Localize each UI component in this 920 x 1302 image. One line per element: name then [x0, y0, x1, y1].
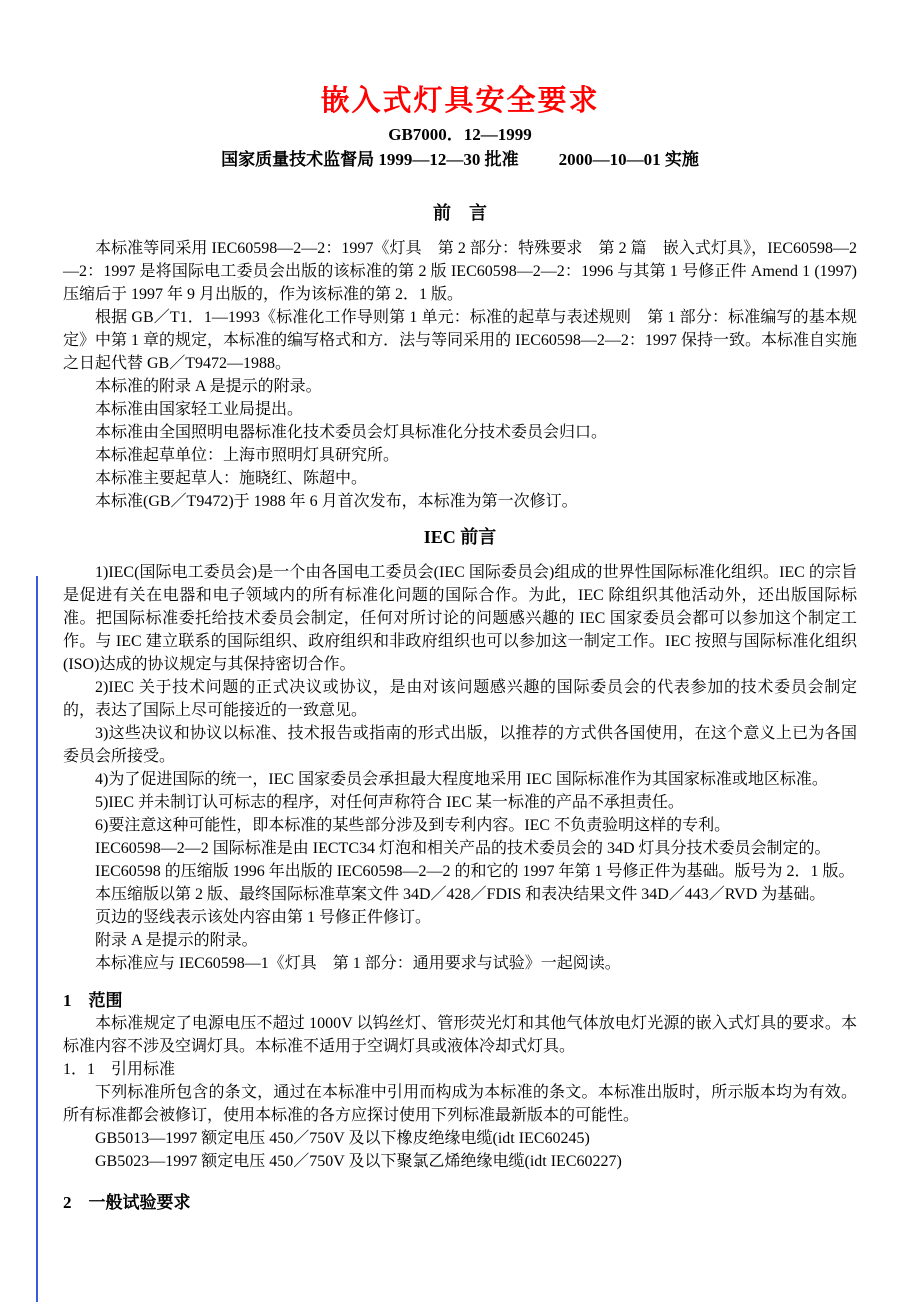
scope-paragraph: 本标准规定了电源电压不超过 1000V 以钨丝灯、管形荧光灯和其他气体放电灯光源… — [63, 1012, 857, 1058]
iec-foreword-paragraph: 6)要注意这种可能性，即本标准的某些部分涉及到专利内容。IEC 不负责验明这样的… — [63, 814, 857, 837]
referenced-standards-body: 下列标准所包含的条文，通过在本标准中引用而构成为本标准的条文。本标准出版时，所示… — [63, 1081, 857, 1127]
iec-foreword-paragraph: 本压缩版以第 2 版、最终国际标准草案文件 34D／428／FDIS 和表决结果… — [63, 883, 857, 906]
iec-foreword-paragraph: 2)IEC 关于技术问题的正式决议或协议，是由对该问题感兴趣的国际委员会的代表参… — [63, 676, 857, 722]
standard-number: GB7000．12—1999 — [63, 124, 857, 146]
reference-item: GB5013—1997 额定电压 450／750V 及以下橡皮绝缘电缆(idt … — [63, 1127, 857, 1150]
document-page: 嵌入式灯具安全要求 GB7000．12—1999 国家质量技术监督局 1999—… — [0, 0, 920, 1302]
iec-foreword-paragraph: 页边的竖线表示该处内容由第 1 号修正件修订。 — [63, 906, 857, 929]
reference-list: GB5013—1997 额定电压 450／750V 及以下橡皮绝缘电缆(idt … — [63, 1127, 857, 1173]
iec-foreword-paragraph: IEC60598 的压缩版 1996 年出版的 IEC60598—2—2 的和它… — [63, 860, 857, 883]
document-title: 嵌入式灯具安全要求 — [63, 84, 857, 118]
foreword-paragraph: 根据 GB／T1．1—1993《标准化工作导则第 1 单元：标准的起草与表述规则… — [63, 306, 857, 375]
approval-text: 国家质量技术监督局 1999—12—30 批准 — [221, 150, 519, 169]
foreword-paragraph: 本标准由全国照明电器标准化技术委员会灯具标准化分技术委员会归口。 — [63, 421, 857, 444]
foreword-heading: 前 言 — [63, 201, 857, 225]
iec-foreword-paragraph: IEC60598—2—2 国际标准是由 IECTC34 灯泡和相关产品的技术委员… — [63, 837, 857, 860]
revision-margin-bar — [36, 576, 38, 1302]
general-test-heading: 2 一般试验要求 — [63, 1191, 857, 1214]
iec-foreword-paragraph: 5)IEC 并未制订认可标志的程序，对任何声称符合 IEC 某一标准的产品不承担… — [63, 791, 857, 814]
iec-foreword-paragraph: 1)IEC(国际电工委员会)是一个由各国电工委员会(IEC 国际委员会)组成的世… — [63, 561, 857, 676]
iec-foreword-paragraph: 3)这些决议和协议以标准、技术报告或指南的形式出版，以推荐的方式供各国使用，在这… — [63, 722, 857, 768]
foreword-paragraph: 本标准等同采用 IEC60598—2—2：1997《灯具 第 2 部分：特殊要求… — [63, 237, 857, 306]
foreword-paragraph: 本标准由国家轻工业局提出。 — [63, 398, 857, 421]
scope-heading: 1 范围 — [63, 989, 857, 1012]
foreword-paragraph: 本标准起草单位：上海市照明灯具研究所。 — [63, 444, 857, 467]
scope-body: 本标准规定了电源电压不超过 1000V 以钨丝灯、管形荧光灯和其他气体放电灯光源… — [63, 1012, 857, 1058]
iec-foreword-paragraph: 附录 A 是提示的附录。 — [63, 929, 857, 952]
foreword-paragraph: 本标准主要起草人：施晓红、陈超中。 — [63, 467, 857, 490]
document-content: 嵌入式灯具安全要求 GB7000．12—1999 国家质量技术监督局 1999—… — [0, 0, 920, 1214]
implementation-text: 2000—10—01 实施 — [559, 150, 699, 169]
reference-item: GB5023—1997 额定电压 450／750V 及以下聚氯乙烯绝缘电缆(id… — [63, 1150, 857, 1173]
iec-foreword-paragraph: 4)为了促进国际的统一，IEC 国家委员会承担最大程度地采用 IEC 国际标准作… — [63, 768, 857, 791]
iec-foreword-paragraph: 本标准应与 IEC60598—1《灯具 第 1 部分：通用要求与试验》一起阅读。 — [63, 952, 857, 975]
referenced-standards-heading: 1．1 引用标准 — [63, 1058, 857, 1081]
foreword-paragraph: 本标准的附录 A 是提示的附录。 — [63, 375, 857, 398]
foreword-paragraph: 本标准(GB／T9472)于 1988 年 6 月首次发布，本标准为第一次修订。 — [63, 490, 857, 513]
referenced-standards-paragraph: 下列标准所包含的条文，通过在本标准中引用而构成为本标准的条文。本标准出版时，所示… — [63, 1081, 857, 1127]
approval-line: 国家质量技术监督局 1999—12—30 批准2000—10—01 实施 — [63, 149, 857, 171]
foreword-body: 本标准等同采用 IEC60598—2—2：1997《灯具 第 2 部分：特殊要求… — [63, 237, 857, 513]
iec-foreword-heading: IEC 前言 — [63, 525, 857, 549]
iec-foreword-body: 1)IEC(国际电工委员会)是一个由各国电工委员会(IEC 国际委员会)组成的世… — [63, 561, 857, 975]
